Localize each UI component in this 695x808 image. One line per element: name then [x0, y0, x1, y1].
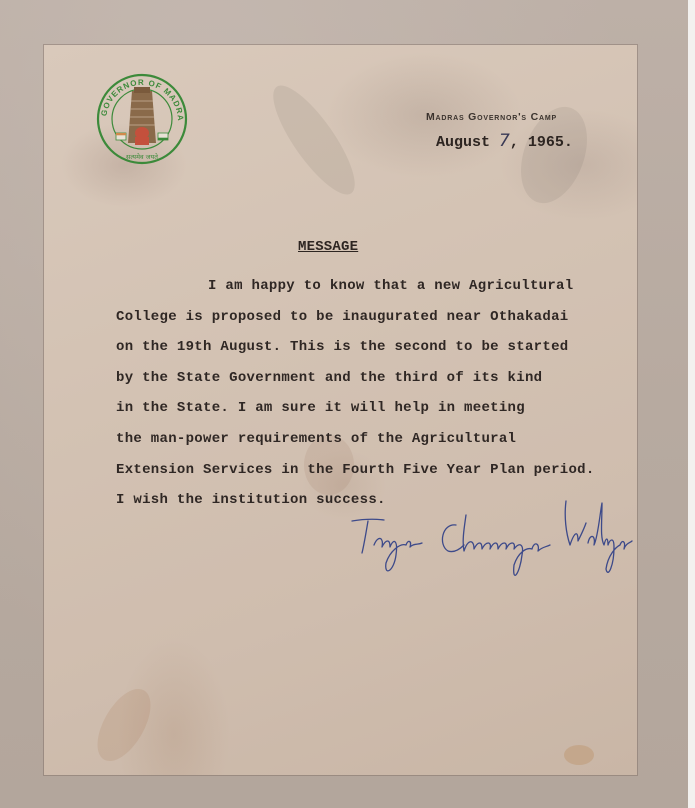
- body-line: by the State Government and the third of…: [116, 363, 656, 394]
- body-line: I am happy to know that a new Agricultur…: [116, 271, 656, 302]
- date-year: 1965.: [528, 134, 573, 151]
- body-line: Extension Services in the Fourth Five Ye…: [116, 455, 656, 486]
- date-month: August: [436, 134, 490, 151]
- letter-date: August 7, 1965.: [436, 131, 573, 151]
- stain-mark: [260, 75, 367, 204]
- body-line: on the 19th August. This is the second t…: [116, 332, 656, 363]
- signature: Jaya Chamaraja Wadiyar: [344, 493, 634, 593]
- body-line: the man-power requirements of the Agricu…: [116, 424, 656, 455]
- svg-text:सत्यमेव जयते: सत्यमेव जयते: [126, 153, 158, 161]
- message-title: MESSAGE: [298, 239, 358, 255]
- stain-mark: [87, 680, 162, 769]
- body-line: in the State. I am sure it will help in …: [116, 393, 656, 424]
- stain-mark: [564, 745, 594, 765]
- message-body: I am happy to know that a new Agricultur…: [116, 271, 656, 516]
- governor-emblem-icon: GOVERNOR OF MADRAS सत्यमेव जयते: [92, 69, 192, 169]
- letterhead-camp: Madras Governor's Camp: [426, 111, 557, 123]
- date-comma: ,: [510, 134, 519, 151]
- right-edge-strip: [688, 0, 695, 808]
- date-day-handwritten: 7: [499, 131, 510, 151]
- letter-paper: GOVERNOR OF MADRAS सत्यमेव जयते Madras G…: [44, 45, 637, 775]
- body-line: College is proposed to be inaugurated ne…: [116, 302, 656, 333]
